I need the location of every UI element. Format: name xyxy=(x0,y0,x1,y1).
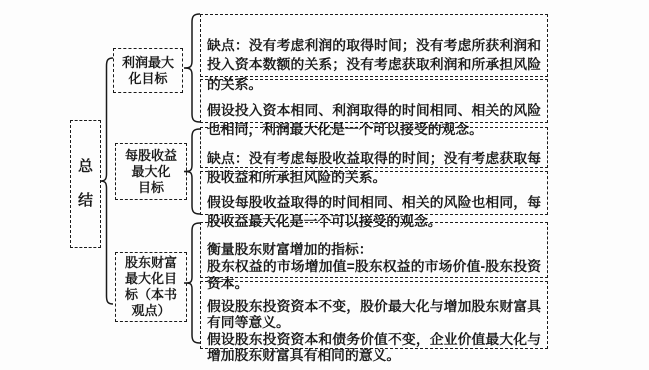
branch-node-profit-maximization: 利润最大 化目标 xyxy=(113,48,183,93)
wealth-curly-brace xyxy=(184,222,200,344)
main-curly-brace xyxy=(100,57,113,305)
profit-max-assumption-note: 假设投入资本相同、利润取得的时间相同、相关的风险也相同，利润最大化是一个可以接受… xyxy=(200,79,548,123)
root-node-summary: 总结 xyxy=(70,120,101,248)
profit-max-drawbacks-note: 缺点：没有考虑利润的取得时间；没有考虑所获利润和投入资本数额的关系；没有考虑获取… xyxy=(200,14,548,77)
branch-label-eps-maximization: 每股收益 最大化 目标 xyxy=(125,148,177,196)
branch-label-profit-maximization: 利润最大 化目标 xyxy=(122,55,174,87)
wealth-max-assumptions-text: 假设股东投资资本不变，股价最大化与增加股东财富具有同等意义。 假设股东投资资本和… xyxy=(207,299,541,365)
branch-node-eps-maximization: 每股收益 最大化 目标 xyxy=(115,143,187,200)
root-label: 总结 xyxy=(77,150,94,218)
wealth-max-indicator-note: 衡量股东财富增加的指标： 股东权益的市场增加值=股东权益的市场价值-股东投资资本… xyxy=(200,222,548,278)
profit-curly-brace xyxy=(184,13,200,123)
branch-label-shareholder-wealth-maximization: 股东财富 最大化目 标（本书 观点） xyxy=(125,255,177,319)
branch-node-shareholder-wealth-maximization: 股东财富 最大化目 标（本书 观点） xyxy=(115,252,187,322)
eps-max-drawbacks-note: 缺点：没有考虑每股收益取得的时间；没有考虑获取每股收益和所承担风险的关系。 xyxy=(200,127,548,168)
eps-curly-brace xyxy=(184,128,200,215)
wealth-max-assumptions-note: 假设股东投资资本不变，股价最大化与增加股东财富具有同等意义。 假设股东投资资本和… xyxy=(200,281,548,349)
eps-max-assumption-note: 假设每股收益取得的时间相同、相关的风险也相同，每股收益最大化是一个可以接受的观念… xyxy=(200,171,548,215)
diagram-canvas: 总结 利润最大 化目标 每股收益 最大化 目标 股东财富 最大化目 标（本书 观… xyxy=(0,0,649,370)
